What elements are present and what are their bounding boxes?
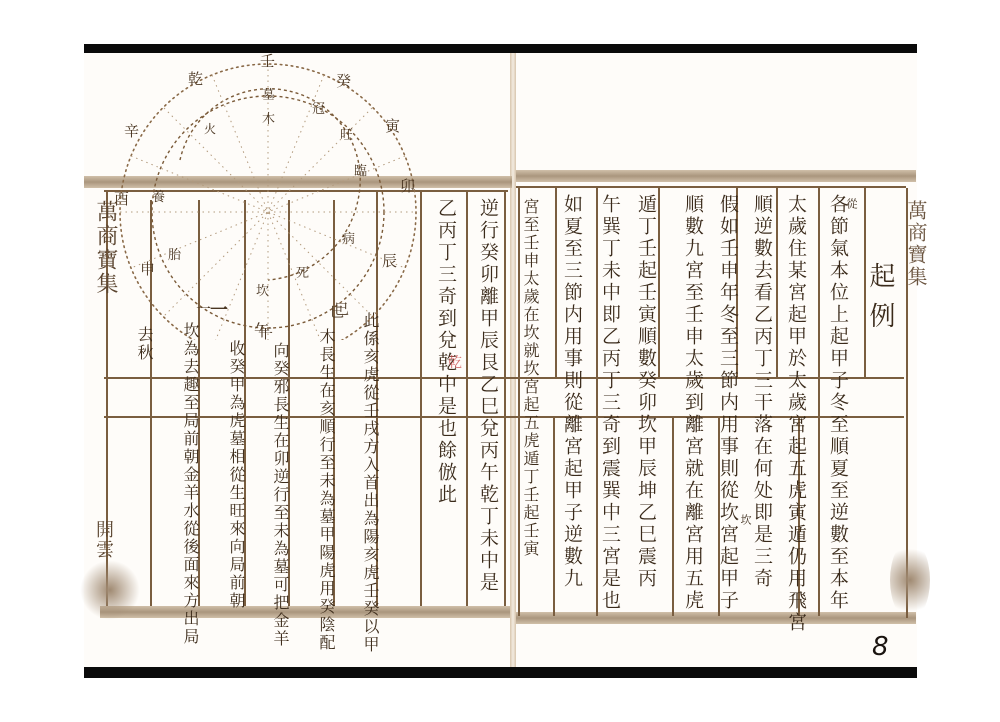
diagram-label: 死 [296, 262, 309, 281]
text-column-12: 此係亥虎從壬戌方入首出為陽亥虎壬癸以甲 [362, 312, 378, 654]
stain [80, 560, 140, 620]
diagram-label: 寅 [385, 115, 400, 136]
scan-frame-bottom [84, 667, 917, 678]
diagram-label: 坎 [256, 280, 269, 299]
diagram-label: 胎 [168, 244, 181, 263]
diagram-label: 木 [262, 108, 275, 127]
column-rule [818, 188, 820, 616]
text-column-6: 遁丁壬起壬寅順數癸卯坎甲辰坤乙巳震丙 [636, 194, 655, 590]
diagram-label: 申 [140, 258, 155, 279]
text-column-10: 逆行癸卯離甲辰艮乙巳兌丙午乾丁未中是 [478, 198, 497, 594]
text-column-4: 假如壬申年冬至三節内用事則從坎宮起甲子 [718, 194, 737, 612]
diagram-label: 一 [210, 296, 228, 322]
diagram-label: 病 [342, 228, 355, 247]
column-rule [555, 188, 557, 378]
diagram-label: 臨 [354, 160, 367, 179]
right-bottom-border-band [516, 612, 916, 624]
column-rule [504, 190, 506, 606]
column-rule [658, 188, 660, 378]
text-column-15: 收癸甲為虎墓相從生旺來向局前朝 [228, 340, 244, 610]
diagram-label: 巳 [330, 302, 344, 322]
text-column-3: 順逆數去看乙丙丁三干落在何处即是三奇 [752, 194, 771, 590]
column-rule [466, 190, 468, 606]
diagram-label: 卯 [400, 175, 415, 196]
text-column-5: 順數九宮至壬申太歲到離宮就在離宮用五虎 [683, 194, 702, 612]
right-top-inner-rule [516, 186, 906, 188]
text-column-13: 木長生在亥順行至未為墓甲陽虎用癸陰配 [318, 328, 334, 652]
column-rule [672, 416, 674, 616]
interlinear-note: 從 [846, 198, 857, 211]
diagram-label: 冠 [312, 98, 325, 117]
right-top-border-band [516, 170, 916, 182]
spine-title-right: 萬商寶集 [902, 200, 931, 288]
diagram-label: 旺 [340, 124, 353, 143]
diagram-label: 辛 [124, 120, 139, 141]
left-bottom-border-band [100, 606, 510, 618]
spine-title-left: 萬商寶集 [90, 200, 121, 296]
spine-subtitle-left: 開雲 [90, 520, 116, 560]
diagram-label: 乾 [188, 68, 203, 89]
text-column-16: 坎為去趣至局前朝金羊水從後面來方出局 [182, 322, 198, 646]
book-gutter [510, 53, 516, 667]
text-column-7: 午巽丁未中即乙丙丁三奇到震巽中三宮是也 [600, 194, 619, 612]
diagram-label: 癸 [336, 70, 351, 91]
column-rule [596, 188, 598, 616]
text-column-9: 宮至壬申太歲在坎就坎宮起五虎遁丁壬起壬寅 [522, 198, 538, 558]
diagram-label: 火 [204, 120, 216, 137]
column-rule [776, 188, 778, 378]
scan-frame-top [84, 44, 917, 53]
diagram-label: 辰 [382, 250, 397, 271]
diagram-label: 壬 [260, 50, 275, 71]
text-column-2: 太歲住某宮起甲於太歲宮起五虎寅遁仍用飛宮 [786, 194, 805, 634]
red-annotation: 乾 [448, 352, 462, 372]
stain [890, 540, 930, 620]
diagram-label: 午 [254, 318, 270, 341]
diagram-label: 一 [196, 298, 211, 319]
text-column-8: 如夏至三節内用事則從離宮起甲子逆數九 [562, 194, 581, 590]
text-column-1: 各節氣本位上起甲子冬至順夏至逆數至本年 [828, 194, 847, 612]
page-number: 8 [872, 632, 889, 662]
section-heading: 起例 [862, 262, 899, 342]
column-rule [518, 188, 520, 616]
diagram-label: 養 [152, 186, 165, 205]
column-rule [553, 416, 555, 616]
text-column-14: 向癸邪長生在卯逆行至未為墓可把金羊 [272, 342, 288, 648]
interlinear-note: 坎 [740, 514, 751, 527]
diagram-label: 墓 [262, 84, 275, 103]
